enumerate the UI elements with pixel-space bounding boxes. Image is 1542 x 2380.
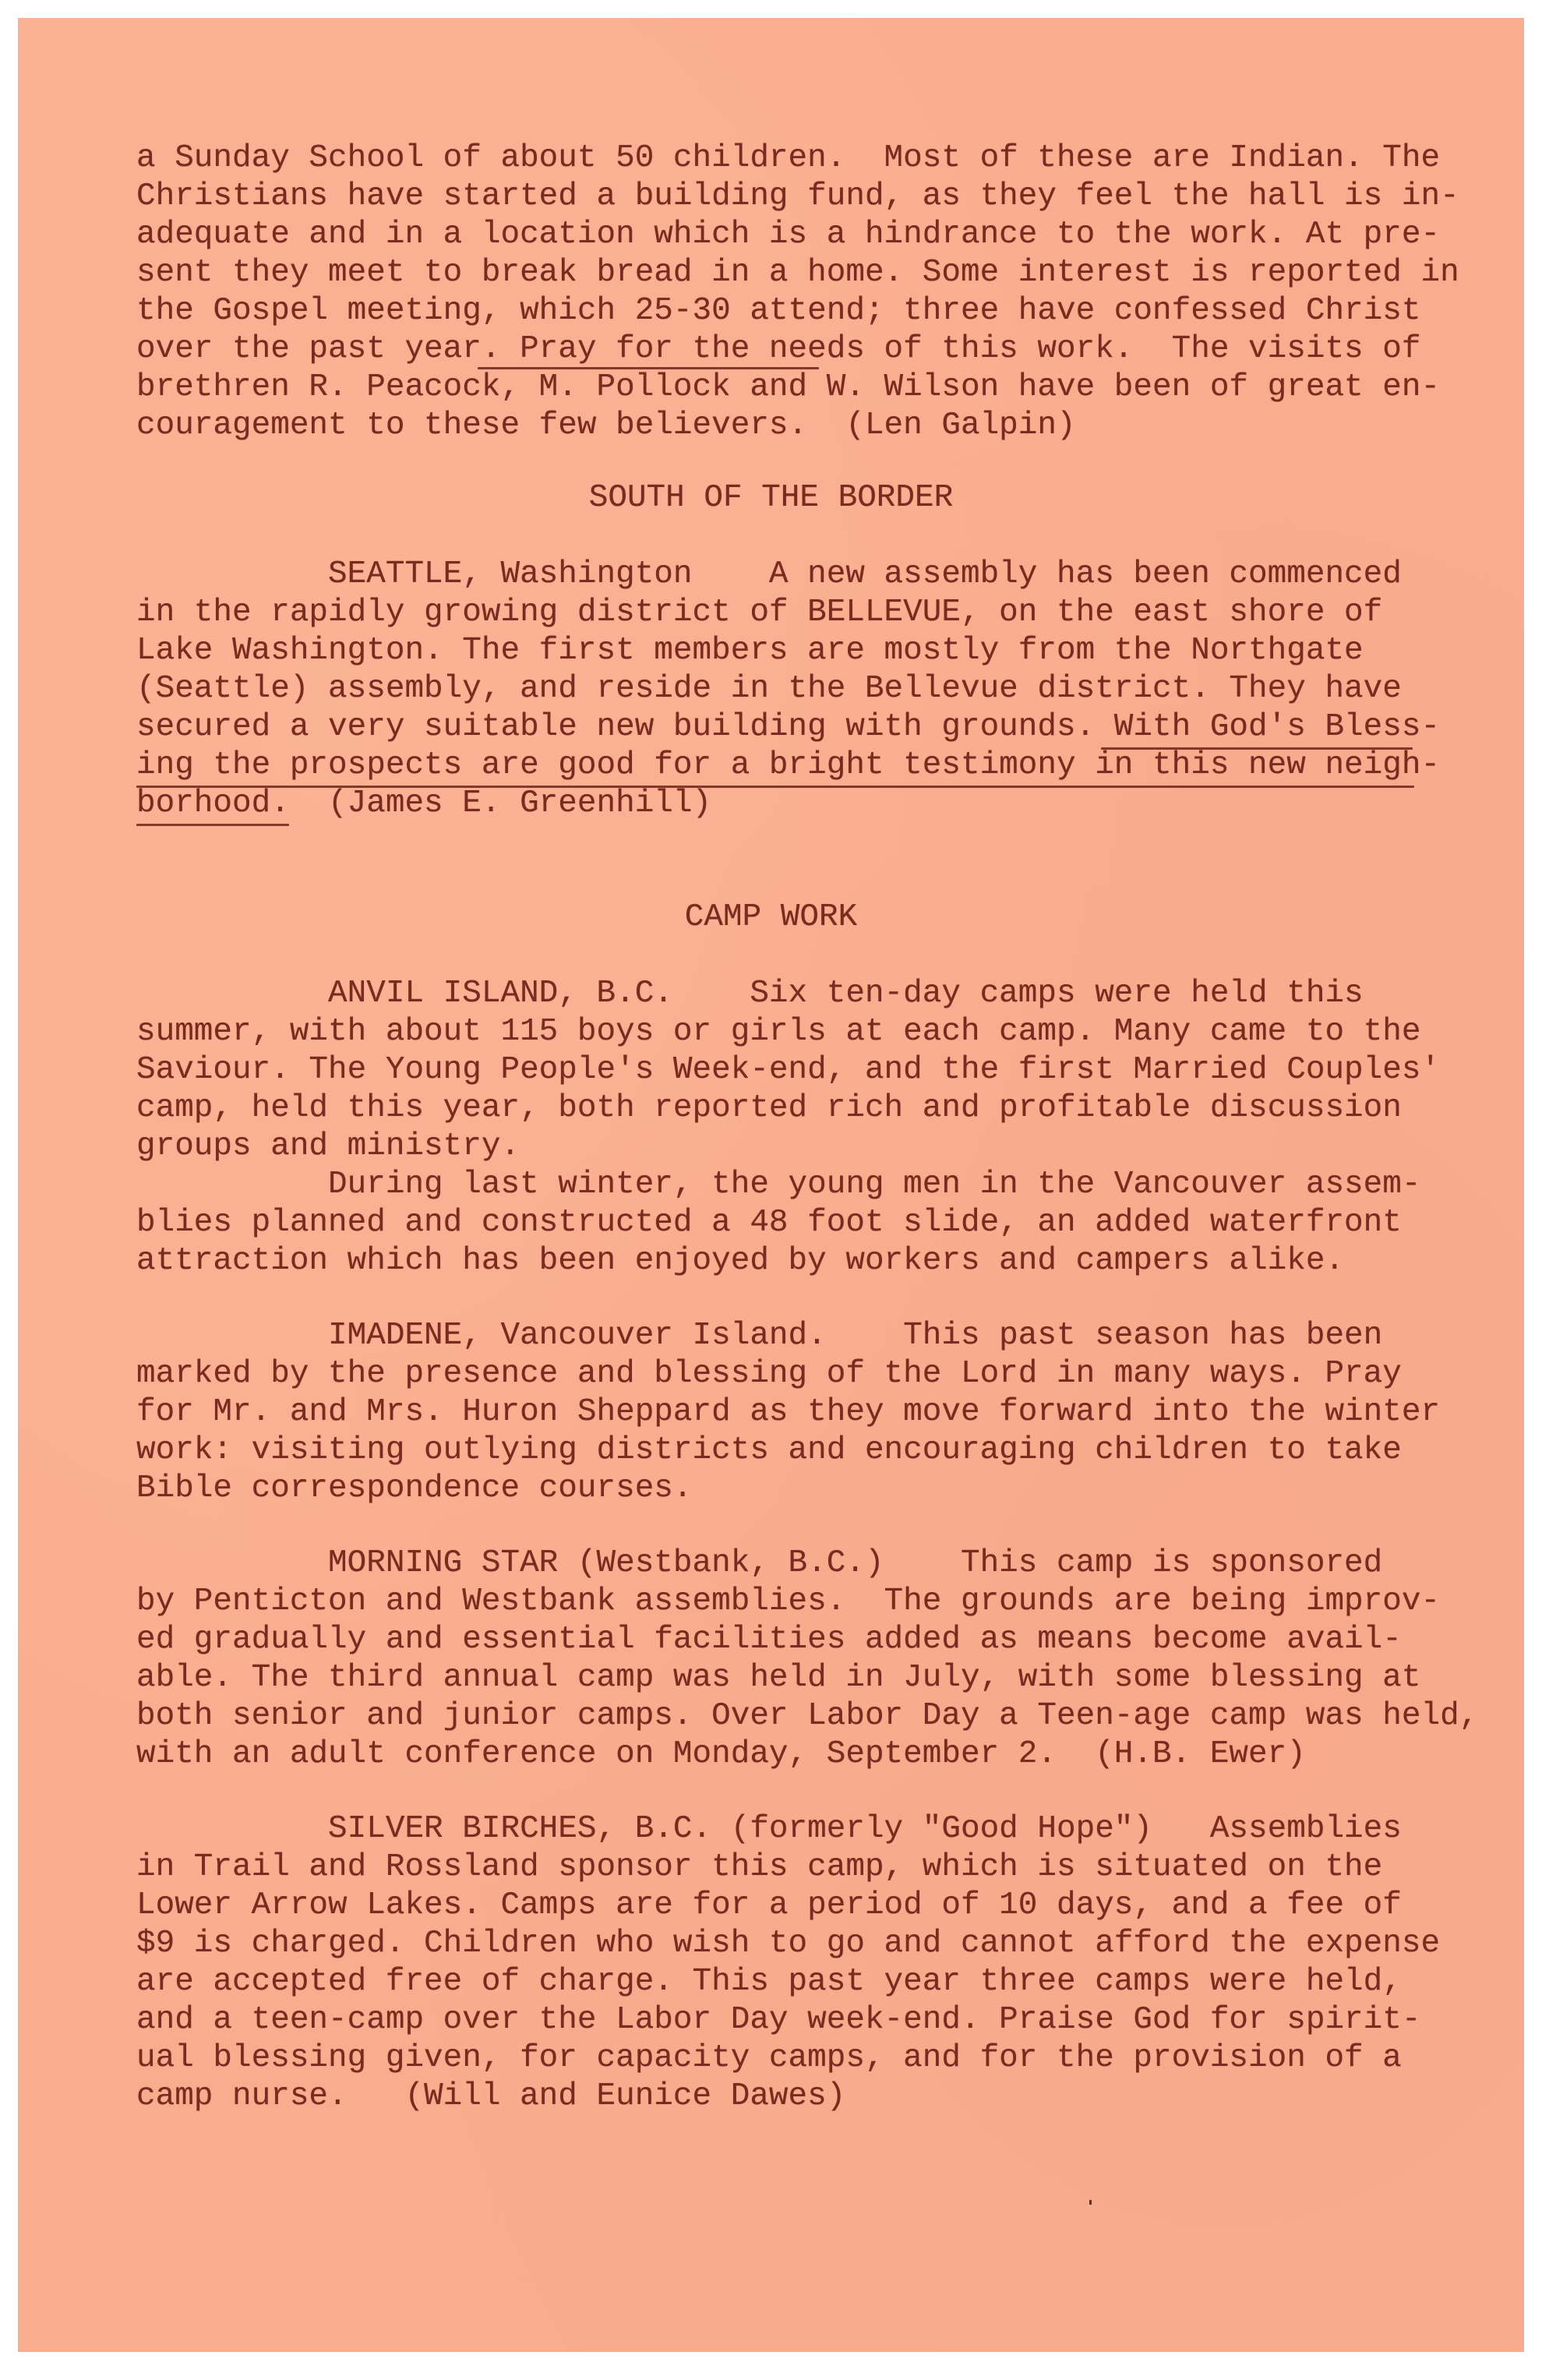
text-line: Christians have started a building fund,… [136, 178, 1459, 215]
text-line: Lower Arrow Lakes. Camps are for a perio… [136, 1887, 1402, 1924]
text-line: MORNING STAR (Westbank, B.C.) This camp … [136, 1545, 1382, 1582]
text-line: for Mr. and Mrs. Huron Sheppard as they … [136, 1393, 1440, 1431]
handwritten-underline [136, 824, 289, 826]
text-line: and a teen-camp over the Labor Day week-… [136, 2001, 1420, 2039]
handwritten-underline [478, 367, 819, 369]
text-line: adequate and in a location which is a hi… [136, 216, 1440, 253]
section-heading: CAMP WORK [0, 899, 1542, 936]
text-line: over the past year. Pray for the needs o… [136, 330, 1420, 368]
text-line: SILVER BIRCHES, B.C. (formerly "Good Hop… [136, 1810, 1402, 1848]
text-line: able. The third annual camp was held in … [136, 1659, 1420, 1697]
text-line: Saviour. The Young People's Week-end, an… [136, 1051, 1440, 1089]
text-line: IMADENE, Vancouver Island. This past sea… [136, 1317, 1382, 1354]
text-line: by Penticton and Westbank assemblies. Th… [136, 1583, 1440, 1620]
text-line: Lake Washington. The first members are m… [136, 632, 1364, 669]
text-line: with an adult conference on Monday, Sept… [136, 1736, 1306, 1773]
text-line: marked by the presence and blessing of t… [136, 1355, 1402, 1393]
text-line: During last winter, the young men in the… [136, 1166, 1420, 1203]
text-line: summer, with about 115 boys or girls at … [136, 1013, 1420, 1051]
text-line: groups and ministry. [136, 1128, 520, 1165]
text-line: ual blessing given, for capacity camps, … [136, 2039, 1402, 2077]
text-line: ing the prospects are good for a bright … [136, 747, 1440, 784]
text-line: are accepted free of charge. This past y… [136, 1963, 1402, 2000]
text-line: SEATTLE, Washington A new assembly has b… [136, 556, 1402, 593]
text-line: both senior and junior camps. Over Labor… [136, 1697, 1478, 1735]
text-line: blies planned and constructed a 48 foot … [136, 1204, 1402, 1241]
text-line: brethren R. Peacock, M. Pollock and W. W… [136, 369, 1440, 406]
text-line: couragement to these few believers. (Len… [136, 407, 1076, 444]
text-line: the Gospel meeting, which 25-30 attend; … [136, 292, 1420, 330]
text-line: a Sunday School of about 50 children. Mo… [136, 139, 1440, 177]
text-line: in Trail and Rossland sponsor this camp,… [136, 1849, 1382, 1886]
text-line: ANVIL ISLAND, B.C. Six ten-day camps wer… [136, 975, 1364, 1012]
text-line: attraction which has been enjoyed by wor… [136, 1242, 1344, 1280]
text-line: (Seattle) assembly, and reside in the Be… [136, 670, 1402, 708]
text-line: Bible correspondence courses. [136, 1470, 693, 1507]
handwritten-underline [1101, 747, 1413, 750]
handwritten-underline [136, 786, 1414, 788]
text-line: $9 is charged. Children who wish to go a… [136, 1925, 1440, 1962]
section-heading: SOUTH OF THE BORDER [0, 479, 1542, 517]
text-line: camp, held this year, both reported rich… [136, 1089, 1402, 1127]
text-line: sent they meet to break bread in a home.… [136, 254, 1459, 291]
text-line: in the rapidly growing district of BELLE… [136, 594, 1382, 631]
text-line: borhood. (James E. Greenhill) [136, 785, 711, 822]
text-line: secured a very suitable new building wit… [136, 708, 1440, 746]
text-line: ed gradually and essential facilities ad… [136, 1621, 1402, 1658]
text-line: camp nurse. (Will and Eunice Dawes) [136, 2078, 845, 2115]
text-line: work: visiting outlying districts and en… [136, 1432, 1402, 1469]
paper-speck [1089, 2200, 1092, 2205]
